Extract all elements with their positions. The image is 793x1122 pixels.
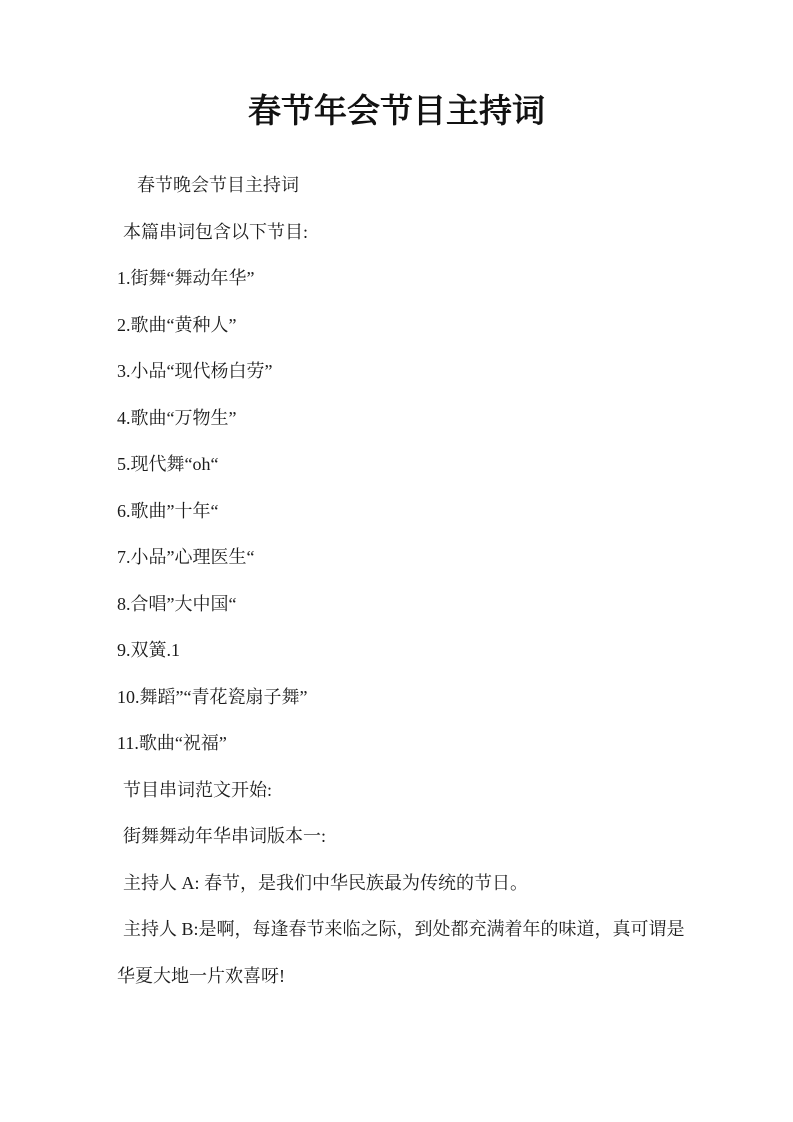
program-item-5: 5.现代舞“oh“ bbox=[117, 441, 677, 488]
program-item-11: 11.歌曲“祝福” bbox=[117, 720, 677, 767]
host-a-line: 主持人 A: 春节，是我们中华民族最为传统的节日。 bbox=[117, 860, 677, 907]
document-page: 春节年会节目主持词 春节晚会节目主持词本篇串词包含以下节目:1.街舞“舞动年华”… bbox=[0, 0, 793, 1122]
section-start-line: 节目串词范文开始: bbox=[117, 767, 677, 814]
program-item-8: 8.合唱”大中国“ bbox=[117, 581, 677, 628]
intro-line: 本篇串词包含以下节目: bbox=[117, 209, 677, 256]
program-item-9: 9.双簧.1 bbox=[117, 627, 677, 674]
document-title: 春节年会节目主持词 bbox=[0, 0, 793, 134]
version-heading-line: 街舞舞动年华串词版本一: bbox=[117, 813, 677, 860]
program-item-6: 6.歌曲”十年“ bbox=[117, 488, 677, 535]
program-item-3: 3.小品“现代杨白劳” bbox=[117, 348, 677, 395]
program-item-4: 4.歌曲“万物生” bbox=[117, 395, 677, 442]
program-item-7: 7.小品”心理医生“ bbox=[117, 534, 677, 581]
document-content: 春节晚会节目主持词本篇串词包含以下节目:1.街舞“舞动年华”2.歌曲“黄种人”3… bbox=[0, 162, 793, 999]
program-item-2: 2.歌曲“黄种人” bbox=[117, 302, 677, 349]
host-b-line-1: 主持人 B:是啊，每逢春节来临之际，到处都充满着年的味道，真可谓是 bbox=[117, 906, 677, 953]
host-b-line-2: 华夏大地一片欢喜呀! bbox=[117, 953, 677, 1000]
program-item-10: 10.舞蹈”“青花瓷扇子舞” bbox=[117, 674, 677, 721]
subtitle-line: 春节晚会节目主持词 bbox=[117, 162, 677, 209]
program-item-1: 1.街舞“舞动年华” bbox=[117, 255, 677, 302]
